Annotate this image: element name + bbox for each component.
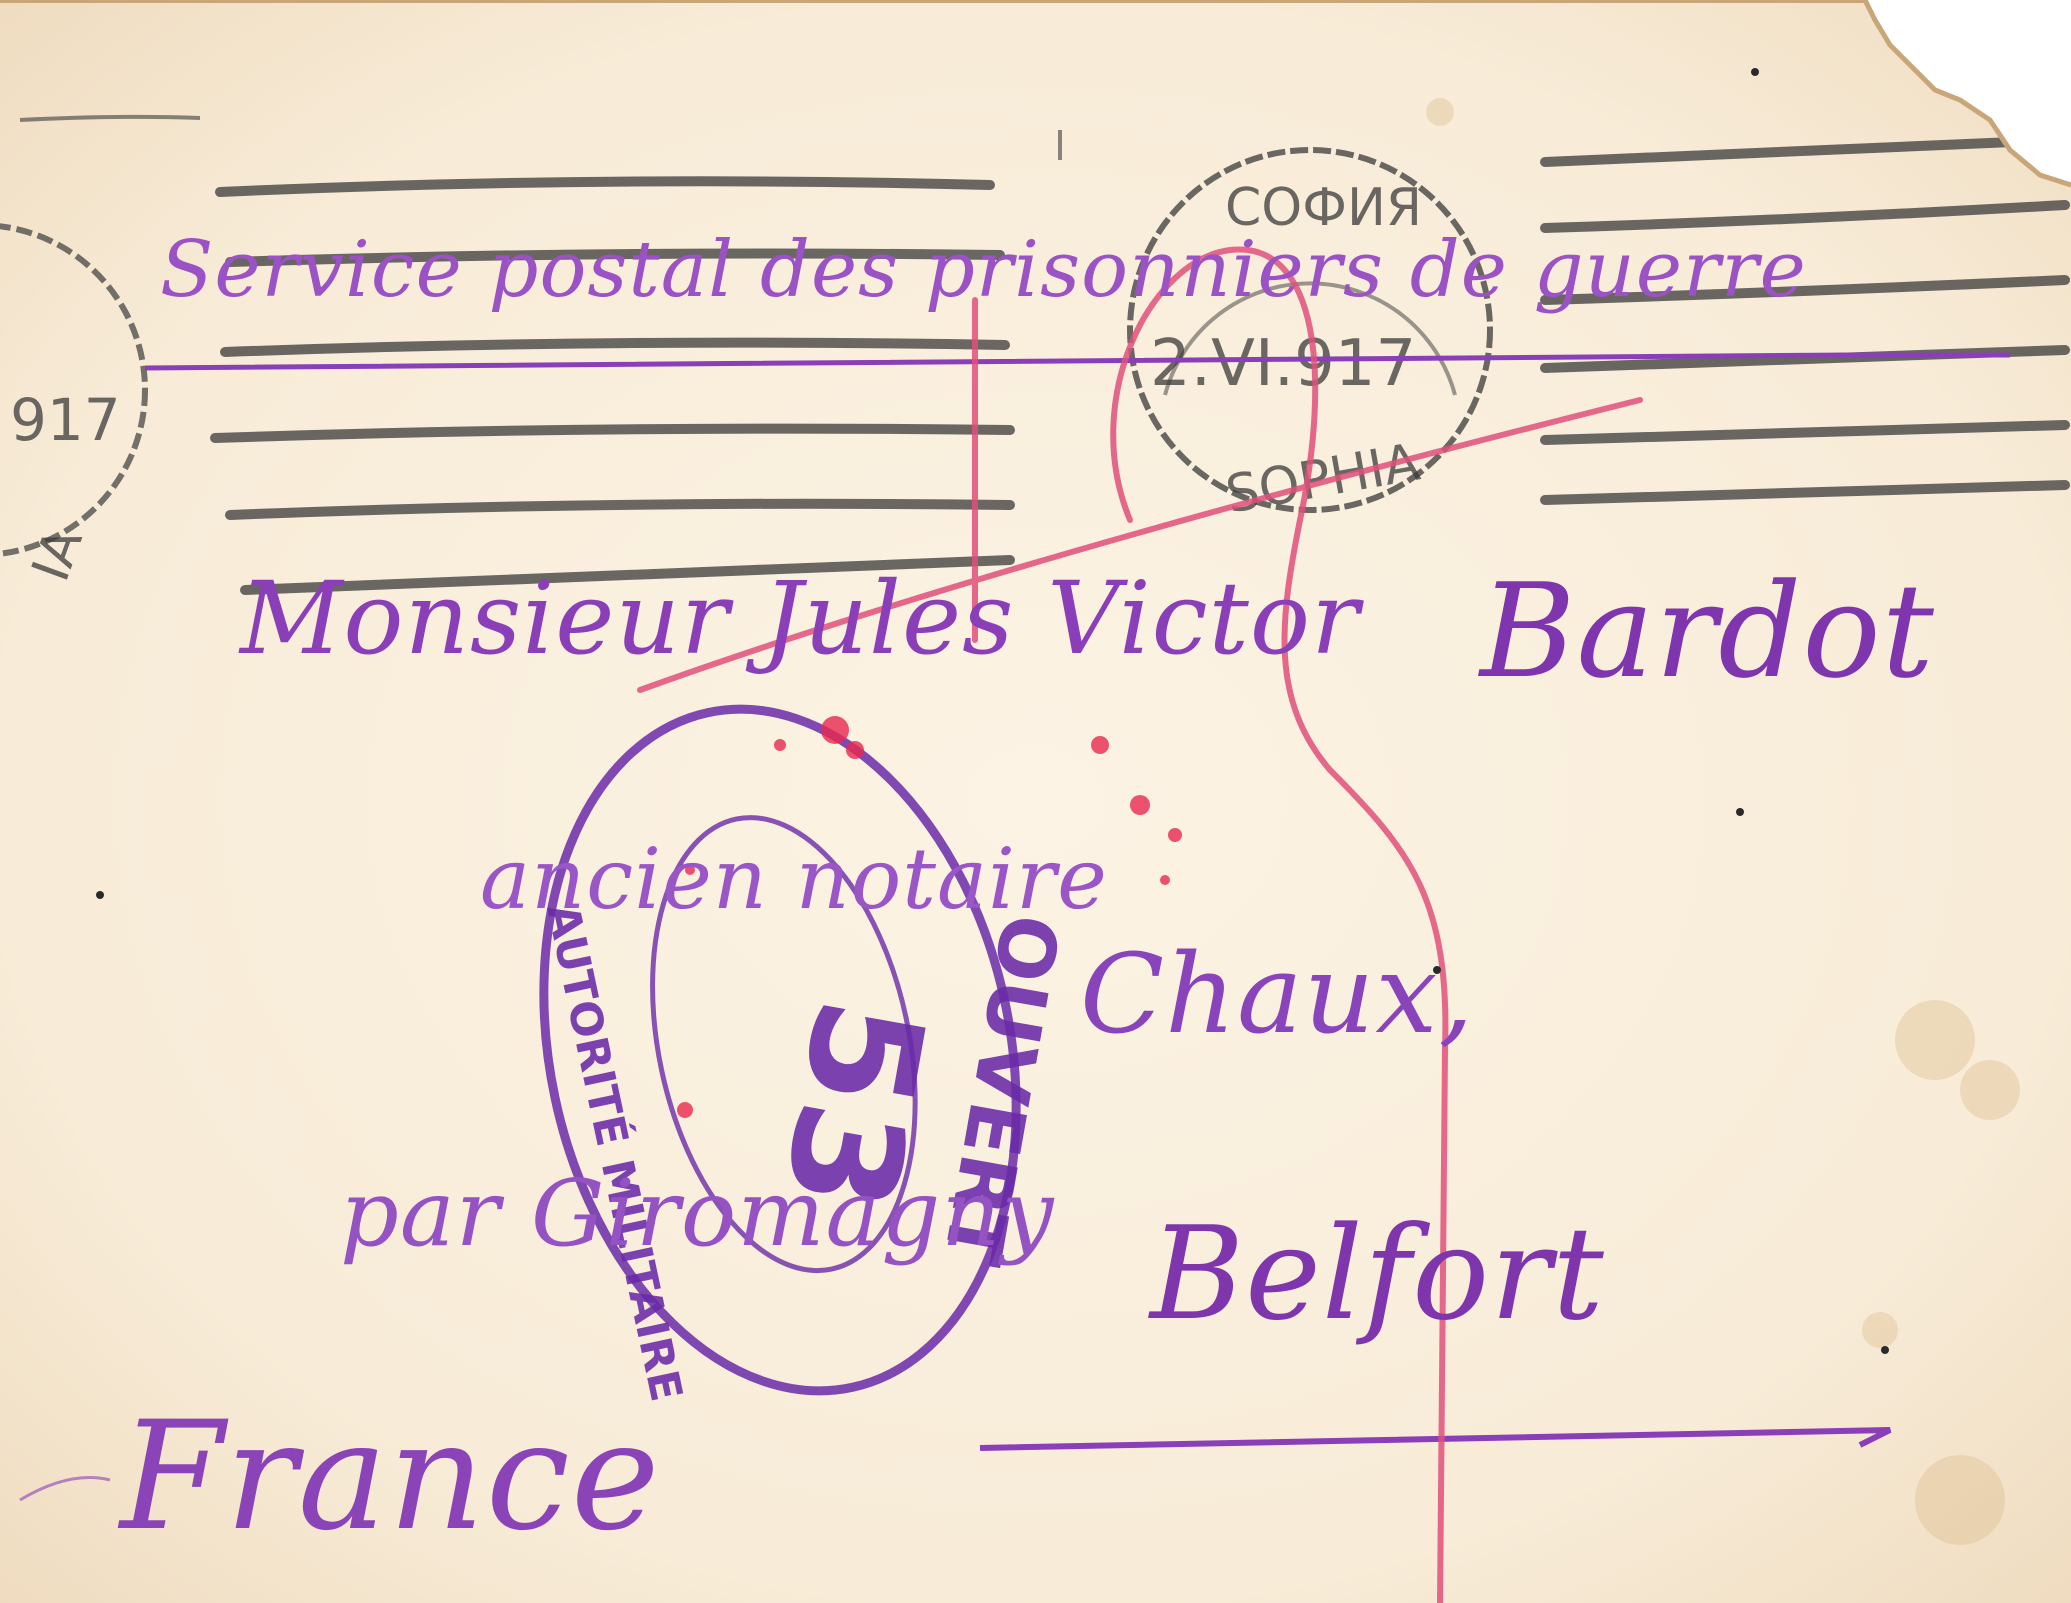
paper-stains	[0, 0, 2071, 1603]
envelope: СОФИЯ 2.VI.917 SOPHIA 917 IA 53 OUVERT A…	[0, 0, 2071, 1603]
